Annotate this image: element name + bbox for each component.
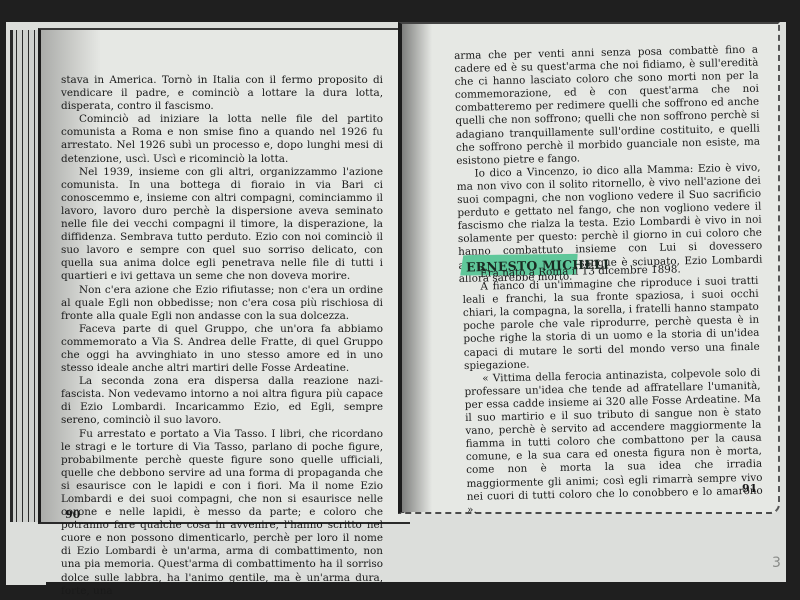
paragraph: La seconda zona era dispersa dalla reazi… [61,375,383,427]
paragraph: A fianco di un'immagine che riproduce i … [462,275,760,373]
paragraph: Non c'era azione che Ezio rifiutasse; no… [61,284,383,323]
section-text: Era nato a Roma il 13 dicembre 1898. A f… [462,262,763,517]
paragraph: « Vittima della ferocia antinazista, col… [464,367,763,517]
paragraph: Nel 1939, insieme con gli altri, organiz… [61,166,383,284]
paragraph: Faceva parte di quel Gruppo, che un'ora … [61,323,383,375]
left-page: stava in America. Tornò in Italia con il… [38,28,410,524]
paragraph: arma che per venti anni senza posa comba… [454,44,760,168]
paragraph: Cominciò ad iniziare la lotta nelle file… [61,113,383,165]
sheet-number: 3 [772,555,781,571]
paragraph: Fu arrestato e portato a Via Tasso. I li… [61,428,383,598]
left-page-text: stava in America. Tornò in Italia con il… [61,74,383,598]
gutter-shadow [402,24,432,512]
right-page: arma che per venti anni senza posa comba… [398,22,780,514]
scan-sheet-corner [6,555,46,585]
paragraph: stava in America. Tornò in Italia con il… [61,74,383,113]
page-number-left: 90 [65,508,80,521]
page-number-right: 91 [742,482,757,495]
right-page-text: arma che per venti anni senza posa comba… [454,44,763,286]
